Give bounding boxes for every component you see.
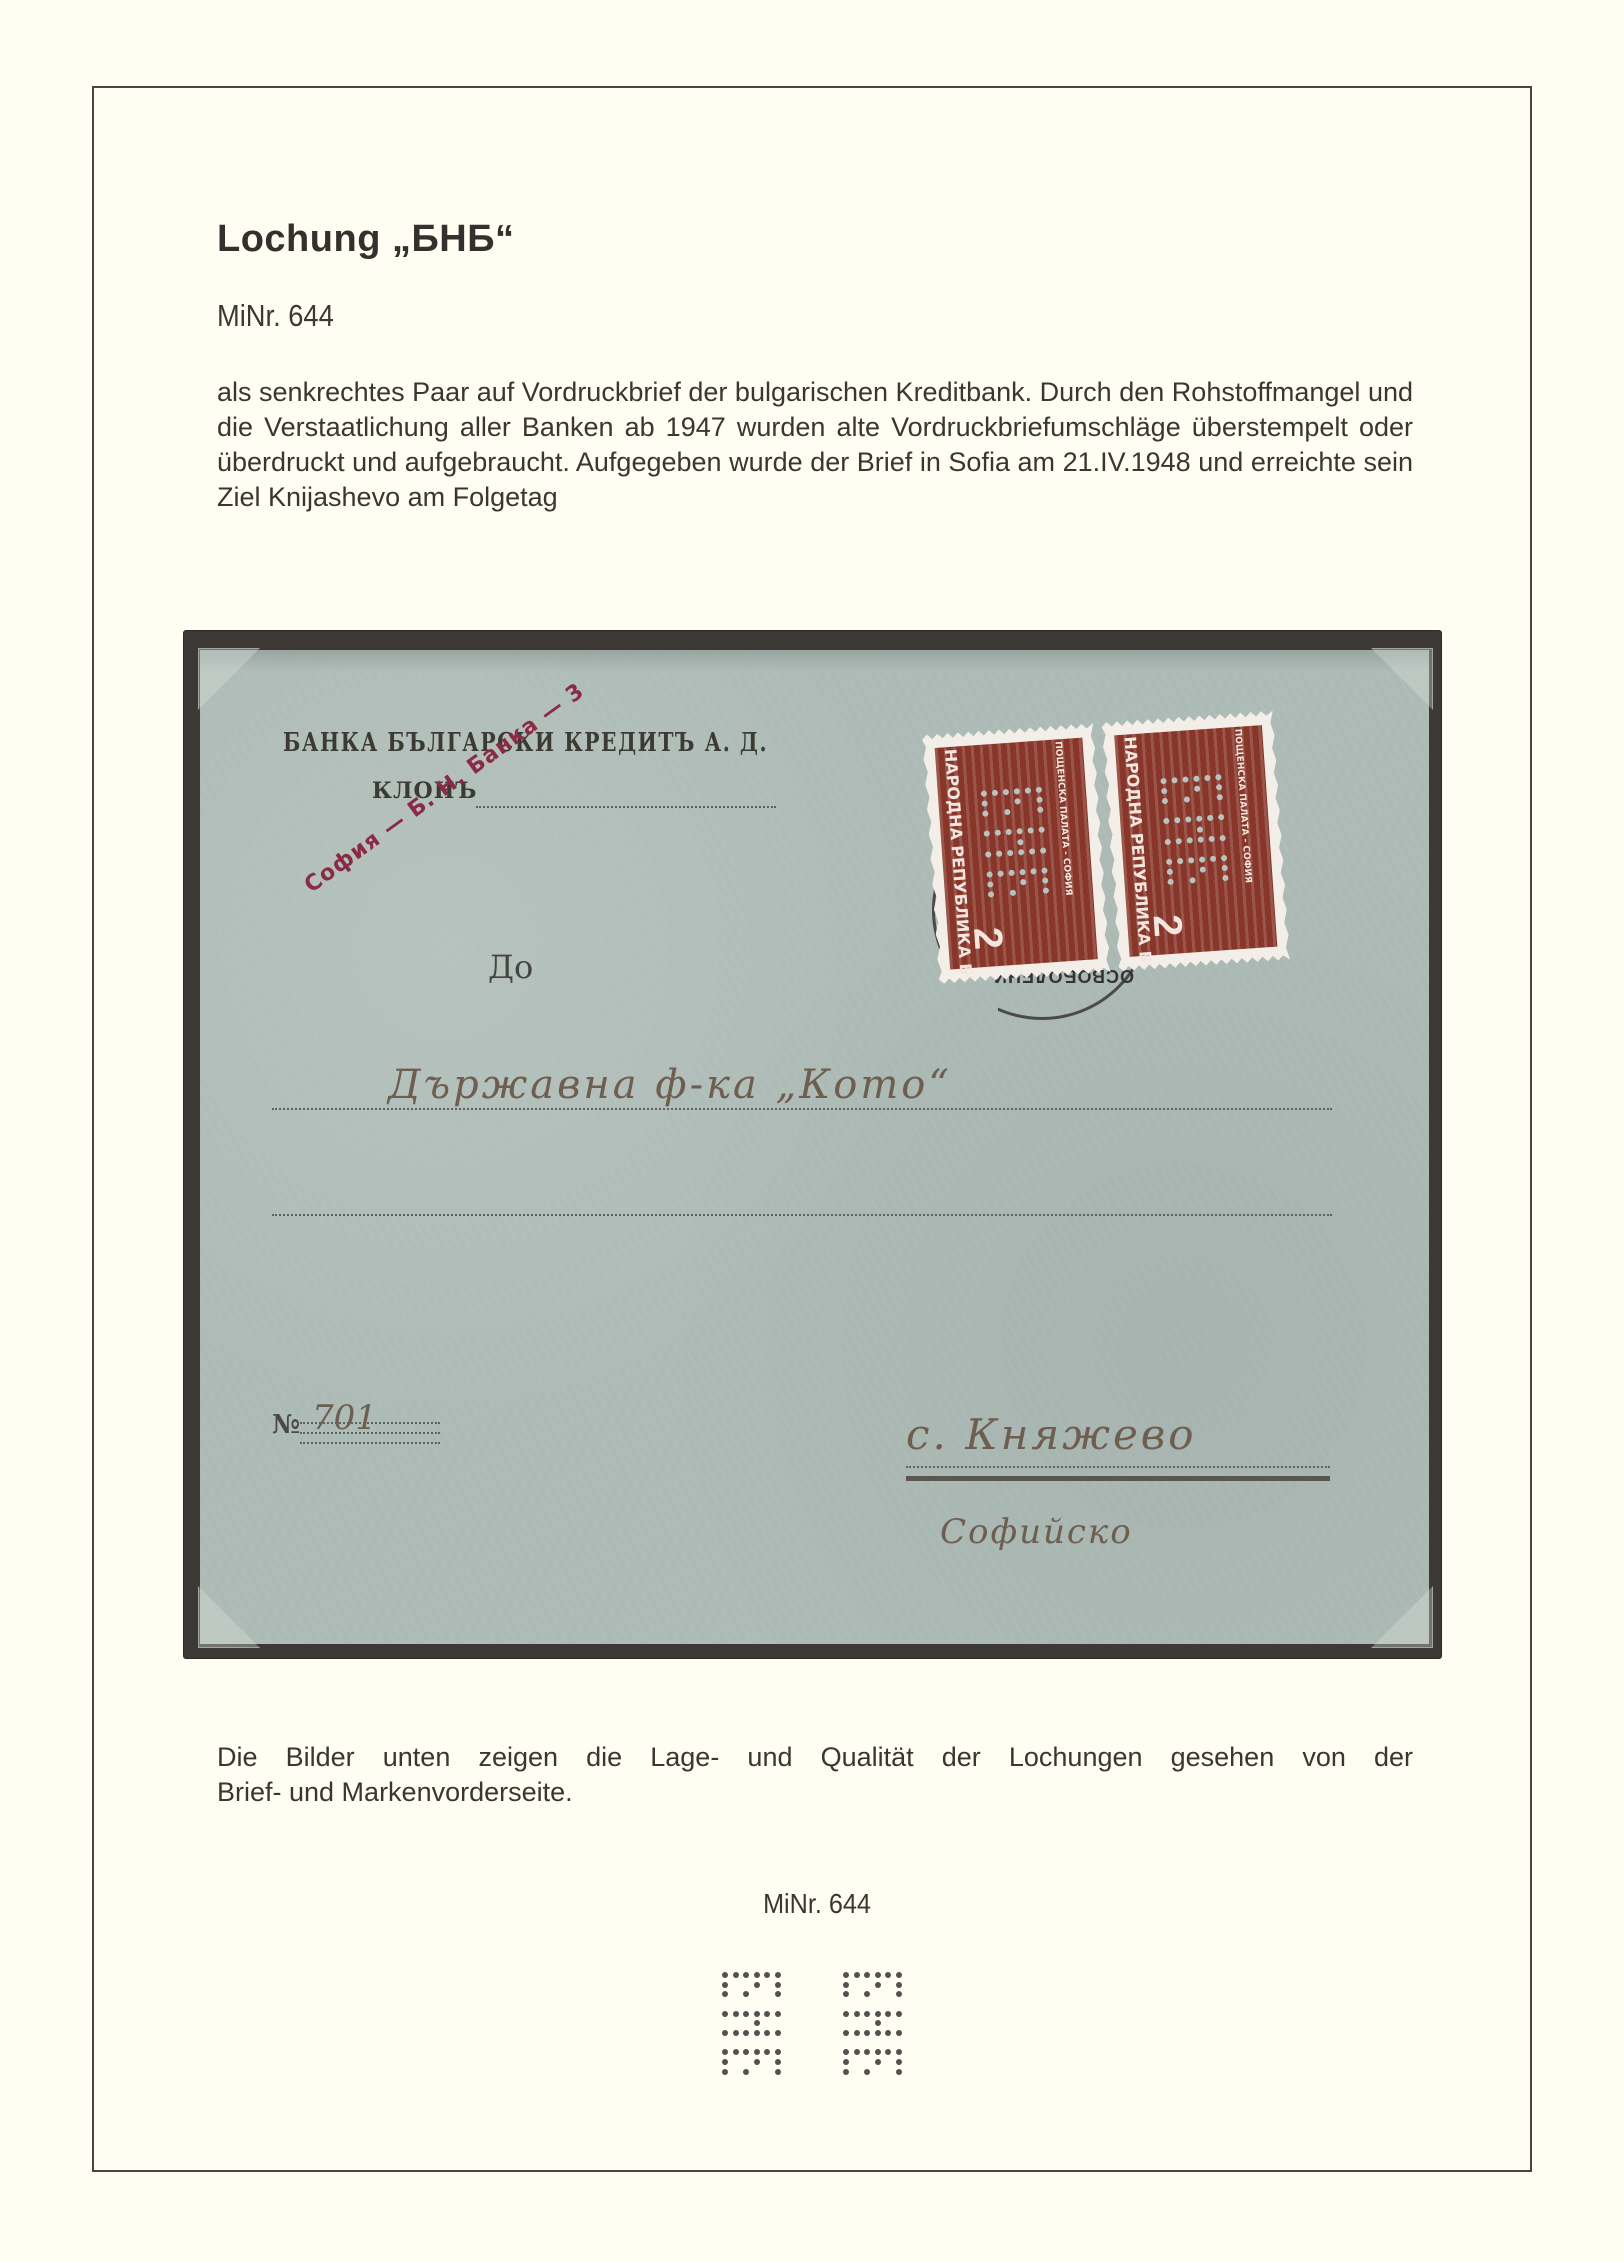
perfin-hole [1161, 788, 1167, 794]
address-line-1 [272, 1108, 1332, 1110]
perfin-hole [896, 2069, 902, 2075]
perfin-hole [1027, 828, 1033, 834]
perfin-hole [1200, 866, 1206, 872]
perfin-hole [985, 851, 991, 857]
perfin-hole [775, 2059, 781, 2065]
perfin-hole [843, 2069, 849, 2075]
perfin-hole [1208, 835, 1214, 841]
perfin-hole [1184, 797, 1190, 803]
stamp: НАРОДНА РЕПУБЛИКА БЪЛГАРИЯ ПОЩЕНСКА ПАЛА… [1101, 710, 1290, 971]
perfin-hole [1019, 869, 1025, 875]
perfin-hole [1030, 868, 1036, 874]
number-label: № [272, 1410, 300, 1440]
perfin-hole [1204, 775, 1210, 781]
perfin-hole [1217, 794, 1223, 800]
address-line-2 [272, 1214, 1332, 1216]
district-handwriting: Софийско [940, 1512, 1133, 1552]
perfin-hole [1166, 859, 1172, 865]
perfin-hole [843, 1972, 849, 1978]
stamp-perfin-holes [922, 723, 1111, 984]
perfin-hole [854, 2030, 860, 2036]
perfin-hole [988, 891, 994, 897]
perfin-hole [875, 2059, 881, 2065]
perfin-hole [1006, 829, 1012, 835]
perfin-hole [1199, 856, 1205, 862]
perfin-hole [743, 2069, 749, 2075]
perfin-hole [864, 2011, 870, 2017]
branch-dotted-line [476, 806, 776, 808]
perfin-hole [733, 2049, 739, 2055]
perfin-hole [896, 1991, 902, 1997]
perfin-hole [1176, 838, 1182, 844]
perfin-hole [875, 2030, 881, 2036]
perfin-hole [1171, 777, 1177, 783]
perfin-hole [775, 1982, 781, 1988]
perfin-hole [896, 2049, 902, 2055]
perfin-hole [1207, 815, 1213, 821]
perfin-hole [1197, 836, 1203, 842]
perfin-hole [1218, 814, 1224, 820]
perfin-hole [875, 1972, 881, 1978]
destination-dotted-line [906, 1466, 1330, 1468]
perfin-hole [743, 1972, 749, 1978]
perfin-hole [1163, 818, 1169, 824]
stamp-pair: НАРОДНА РЕПУБЛИКА БЪЛГАРИЯ ПОЩЕНСКА ПАЛА… [922, 710, 1299, 985]
perfin-hole [885, 2011, 891, 2017]
perfin-hole [1014, 798, 1020, 804]
perfin-hole [981, 801, 987, 807]
torn-top-edge [200, 650, 1429, 672]
perfin-hole [733, 2030, 739, 2036]
perfin-hole [1008, 870, 1014, 876]
page-title: Lochung „БНБ“ [217, 218, 515, 261]
perfin-hole [843, 2059, 849, 2065]
perfin-hole [1036, 797, 1042, 803]
perfin-hole [764, 2030, 770, 2036]
perfin-hole [1040, 847, 1046, 853]
destination-underline [906, 1476, 1330, 1481]
perfin-hole [722, 1982, 728, 1988]
perfin-hole [997, 870, 1003, 876]
perfin-hole [995, 830, 1001, 836]
perfin-hole [722, 2011, 728, 2017]
description-text: als senkrechtes Paar auf Vordruckbrief d… [217, 375, 1413, 515]
perfin-hole [896, 2011, 902, 2017]
perfin-hole [743, 1991, 749, 1997]
stamp: НАРОДНА РЕПУБЛИКА БЪЛГАРИЯ ПОЩЕНСКА ПАЛА… [922, 723, 1111, 984]
perfin-hole [1038, 827, 1044, 833]
perfin-hole [1193, 776, 1199, 782]
perfin-hole [1004, 809, 1010, 815]
perfin-hole [875, 2011, 881, 2017]
perfin-hole [1174, 818, 1180, 824]
perfin-hole [1018, 849, 1024, 855]
perfin-hole [843, 1991, 849, 1997]
perfin-hole [733, 1972, 739, 1978]
catalog-number: MiNr. 644 [217, 298, 334, 334]
perfin-catalog-number: MiNr. 644 [712, 1888, 923, 1920]
perfin-hole [722, 2049, 728, 2055]
perfin-hole [754, 2011, 760, 2017]
perfin-hole [1222, 875, 1228, 881]
perfin-sample-2 [843, 1972, 903, 2076]
perfin-hole [1196, 816, 1202, 822]
perfin-hole [722, 2069, 728, 2075]
perfin-hole [843, 2011, 849, 2017]
perfin-hole [754, 1982, 760, 1988]
perfin-hole [764, 1972, 770, 1978]
perfin-hole [875, 2049, 881, 2055]
perfin-hole [864, 1972, 870, 1978]
perfin-hole [1007, 849, 1013, 855]
perfin-hole [996, 850, 1002, 856]
perfin-hole [1003, 789, 1009, 795]
perfin-hole [1020, 879, 1026, 885]
perfin-hole [843, 2030, 849, 2036]
perfin-hole [1219, 835, 1225, 841]
perfin-hole [1167, 879, 1173, 885]
perfin-hole [1037, 807, 1043, 813]
perfin-hole [1010, 890, 1016, 896]
perfin-hole [754, 2059, 760, 2065]
perfin-hole [722, 2030, 728, 2036]
perfin-hole [885, 2030, 891, 2036]
perfin-hole [843, 2049, 849, 2055]
perfin-hole [754, 2030, 760, 2036]
perfin-hole [775, 2030, 781, 2036]
perfin-hole [992, 790, 998, 796]
perfin-hole [896, 1972, 902, 1978]
perfin-hole [1160, 778, 1166, 784]
perfin-hole [1041, 867, 1047, 873]
perfin-hole [743, 2030, 749, 2036]
perfin-hole [1189, 877, 1195, 883]
perfin-hole [1194, 786, 1200, 792]
destination-handwriting: с. Княжево [906, 1410, 1197, 1459]
perfin-hole [764, 2049, 770, 2055]
perfin-hole [1017, 829, 1023, 835]
caption: Die Bilder unten zeigen die Lage- und Qu… [217, 1740, 1413, 1810]
perfin-sample-1 [722, 1972, 782, 2076]
perfin-hole [1165, 838, 1171, 844]
perfin-hole [981, 790, 987, 796]
number-dotted-line-3 [300, 1442, 440, 1444]
perfin-hole [1043, 888, 1049, 894]
caption-line-1: Die Bilder unten zeigen die Lage- und Qu… [217, 1740, 1413, 1775]
perfin-hole [1185, 817, 1191, 823]
perfin-hole [1182, 776, 1188, 782]
perfin-hole [896, 2059, 902, 2065]
to-label: До [488, 948, 533, 986]
perfin-hole [1210, 856, 1216, 862]
perfin-hole [875, 1982, 881, 1988]
perfin-hole [1036, 787, 1042, 793]
perfin-hole [722, 1972, 728, 1978]
perfin-hole [722, 2059, 728, 2065]
number-handwriting: 701 [312, 1398, 377, 1438]
perfin-hole [754, 2049, 760, 2055]
perfin-hole [1029, 848, 1035, 854]
perfin-hole [864, 2030, 870, 2036]
perfin-hole [1221, 855, 1227, 861]
perfin-hole [722, 1991, 728, 1997]
perfin-hole [1042, 877, 1048, 883]
recipient-handwriting: Държавна ф-ка „Кото“ [388, 1062, 952, 1108]
perfin-hole [1167, 869, 1173, 875]
perfin-hole [987, 881, 993, 887]
perfin-hole [885, 2049, 891, 2055]
perfin-hole [1188, 857, 1194, 863]
perfin-hole [864, 1991, 870, 1997]
perfin-hole [982, 811, 988, 817]
perfin-hole [733, 2011, 739, 2017]
perfin-hole [1222, 865, 1228, 871]
perfin-hole [775, 2069, 781, 2075]
perfin-hole [896, 1982, 902, 1988]
perfin-hole [743, 2049, 749, 2055]
perfin-hole [1216, 784, 1222, 790]
perfin-hole [984, 831, 990, 837]
perfin-hole [843, 1982, 849, 1988]
perfin-hole [764, 2011, 770, 2017]
perfin-hole [1017, 839, 1023, 845]
perfin-hole [1197, 826, 1203, 832]
perfin-hole [743, 2011, 749, 2017]
perfin-hole [1025, 787, 1031, 793]
perfin-hole [1014, 788, 1020, 794]
perfin-hole [1177, 858, 1183, 864]
stamp-perfin-holes [1101, 710, 1290, 971]
perfin-hole [1187, 837, 1193, 843]
perfin-hole [864, 2049, 870, 2055]
perfin-hole [986, 871, 992, 877]
perfin-hole [754, 1972, 760, 1978]
perfin-hole [775, 1991, 781, 1997]
perfin-hole [875, 2020, 881, 2026]
perfin-hole [1162, 798, 1168, 804]
perfin-hole [854, 2011, 860, 2017]
perfin-hole [775, 1972, 781, 1978]
perfin-hole [754, 2020, 760, 2026]
perfin-hole [864, 2069, 870, 2075]
perfin-hole [854, 1972, 860, 1978]
perfin-hole [854, 2049, 860, 2055]
perfin-hole [885, 1972, 891, 1978]
perfin-hole [775, 2049, 781, 2055]
perfin-hole [896, 2030, 902, 2036]
perfin-hole [1215, 774, 1221, 780]
perfin-hole [775, 2011, 781, 2017]
caption-line-2: Brief- und Markenvorderseite. [217, 1777, 573, 1807]
